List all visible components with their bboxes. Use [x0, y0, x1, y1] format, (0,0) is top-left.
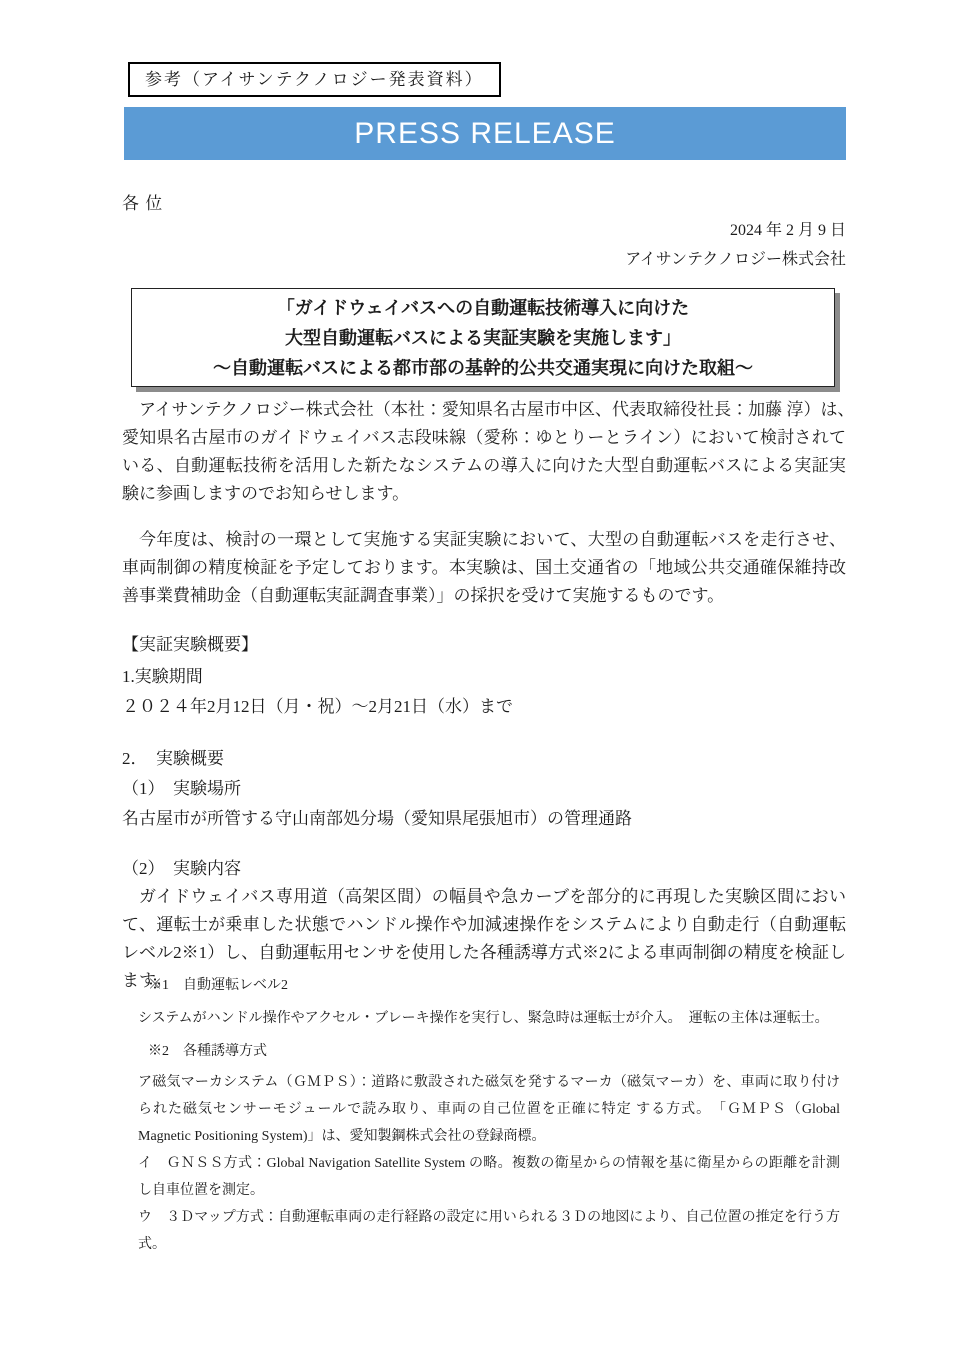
meta-block: 2024 年 2 月 9 日 アイサンテクノロジー株式会社 [625, 216, 846, 274]
press-release-banner: PRESS RELEASE [124, 107, 846, 160]
experiment-location-label: （1） 実験場所 [122, 775, 846, 803]
release-date: 2024 年 2 月 9 日 [625, 216, 846, 245]
company-name: アイサンテクノロジー株式会社 [625, 245, 846, 274]
footnote-2-item-b: イ ＧＮＳＳ方式：Global Navigation Satellite Sys… [138, 1150, 840, 1204]
experiment-content-label: （2） 実験内容 [122, 855, 846, 883]
document-title-box: 「ガイドウェイバスへの自動運転技術導入に向けた 大型自動運転バスによる実証実験を… [131, 288, 835, 387]
salutation: 各 位 [122, 190, 163, 218]
experiment-location-value: 名古屋市が所管する守山南部処分場（愛知県尾張旭市）の管理通路 [122, 805, 846, 833]
press-release-banner-title: PRESS RELEASE [354, 117, 615, 151]
overview-heading: 【実証実験概要】 [122, 631, 846, 659]
title-line-2: 大型自動運転バスによる実証実験を実施します」 [132, 323, 834, 353]
footnote-2-item-a: ア磁気マーカシステム（ＧＭＰＳ）：道路に敷設された磁気を発するマーカ（磁気マーカ… [138, 1069, 840, 1150]
experiment-period-label: 1.実験期間 [122, 663, 846, 691]
second-paragraph: 今年度は、検討の一環として実施する実証実験において、大型の自動運転バスを走行させ… [122, 526, 846, 610]
footnote-2-item-c: ウ ３Ｄマップ方式：自動運転車両の走行経路の設定に用いられる３Ｄの地図により、自… [138, 1204, 840, 1258]
press-release-page: 参考（アイサンテクノロジー発表資料） PRESS RELEASE 各 位 202… [0, 0, 954, 1350]
reference-label: 参考（アイサンテクノロジー発表資料） [145, 70, 484, 89]
body-text: アイサンテクノロジー株式会社（本社：愛知県名古屋市中区、代表取締役社長：加藤 淳… [122, 396, 846, 995]
title-line-3: ～自動運転バスによる都市部の基幹的公共交通実現に向けた取組～ [132, 353, 834, 383]
footnotes: ※1 自動運転レベル2 システムがハンドル操作やアクセル・ブレーキ操作を実行し、… [138, 972, 840, 1258]
reference-label-box: 参考（アイサンテクノロジー発表資料） [128, 62, 501, 97]
footnote-1-label: ※1 自動運転レベル2 [138, 972, 840, 999]
intro-paragraph: アイサンテクノロジー株式会社（本社：愛知県名古屋市中区、代表取締役社長：加藤 淳… [122, 396, 846, 508]
experiment-outline-heading: 2． 実験概要 [122, 745, 846, 773]
title-line-1: 「ガイドウェイバスへの自動運転技術導入に向けた [132, 293, 834, 323]
experiment-period-value: ２０２４年2月12日（月・祝）～2月21日（水）まで [122, 693, 846, 721]
footnote-2-label: ※2 各種誘導方式 [138, 1038, 840, 1065]
footnote-1-text: システムがハンドル操作やアクセル・ブレーキ操作を実行し、緊急時は運転士が介入。 … [138, 1005, 840, 1032]
